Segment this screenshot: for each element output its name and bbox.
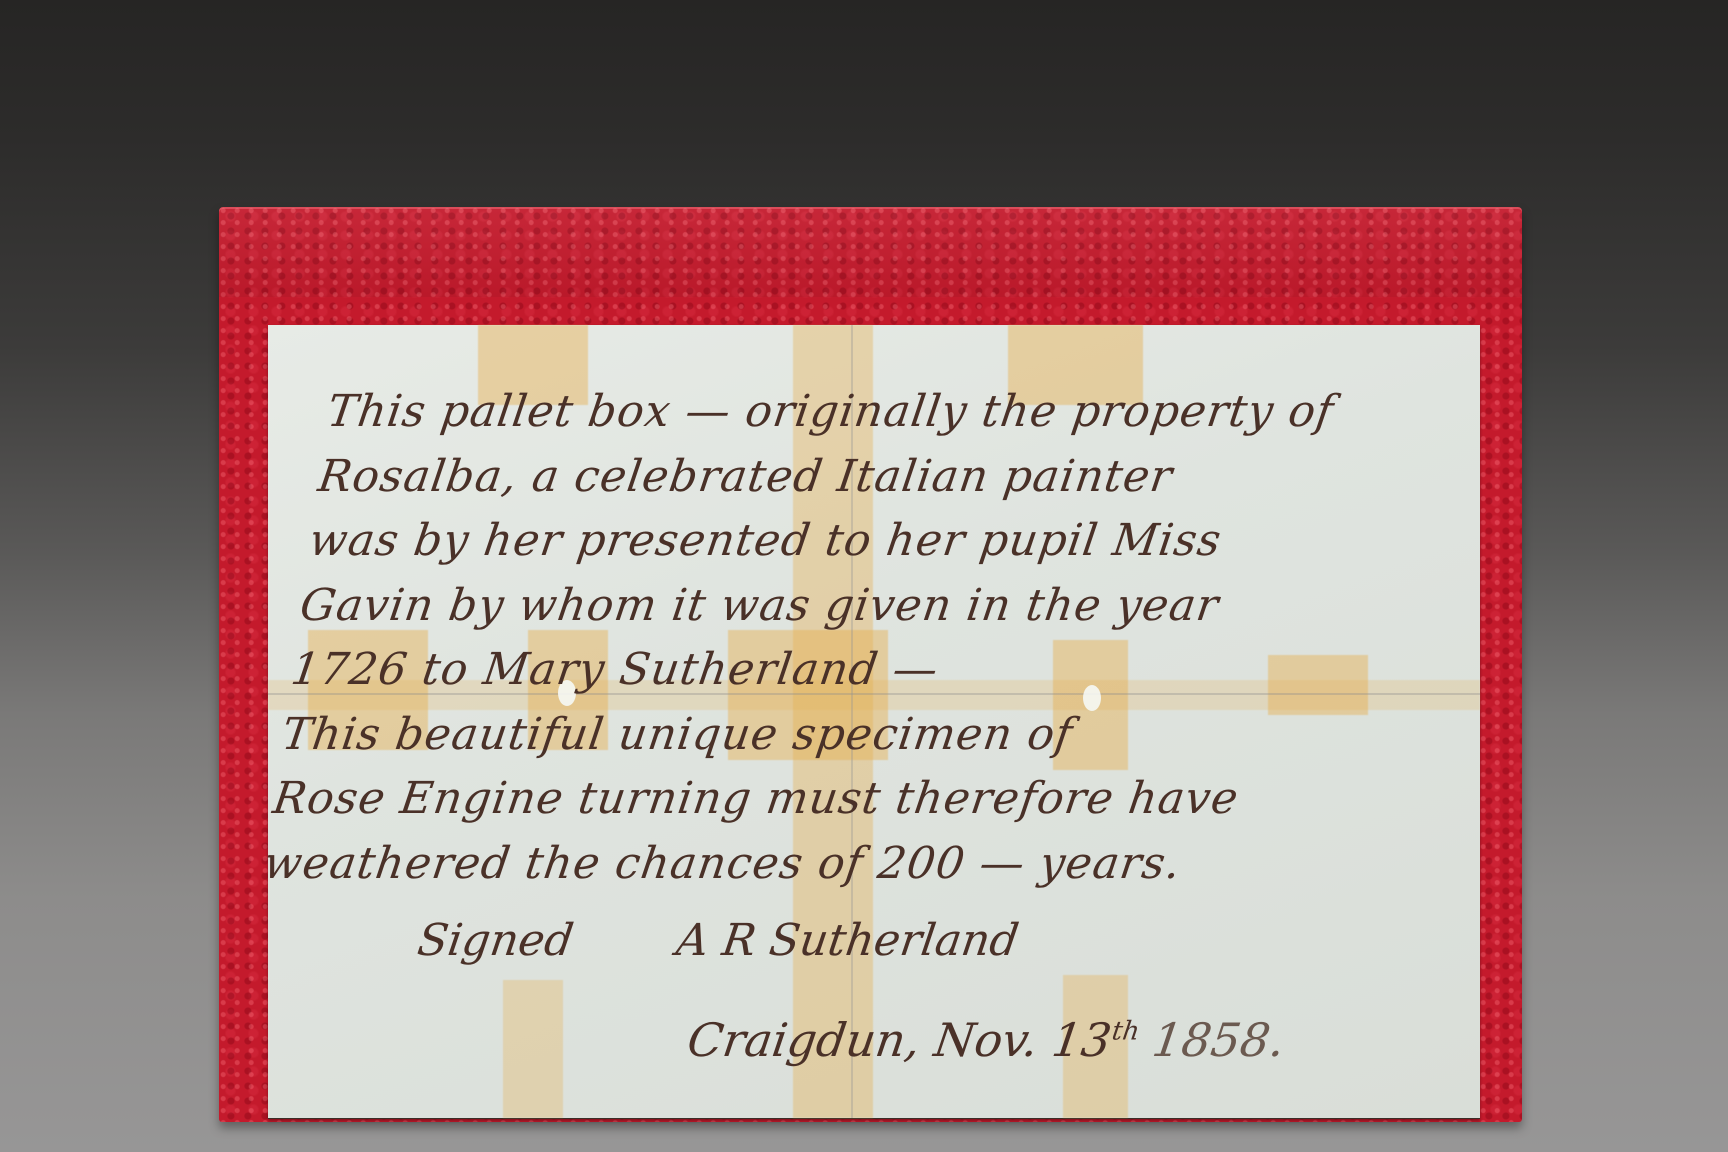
note-body: This pallet box — originally the propert… — [260, 380, 1497, 896]
note-line: Rose Engine turning must therefore have — [269, 767, 1442, 832]
note-line: Rosalba, a celebrated Italian painter — [314, 445, 1487, 510]
signature: A R Sutherland — [673, 915, 1021, 966]
note-line: This beautiful unique specimen of — [278, 703, 1451, 768]
signed-label: Signed — [414, 915, 576, 966]
folder-flap-highlight — [219, 207, 1522, 297]
date-day: 13 — [1049, 1013, 1115, 1067]
note-line: was by her presented to her pupil Miss — [305, 509, 1478, 574]
place: Craigdun, — [684, 1013, 924, 1067]
note-line: weathered the chances of 200 — years. — [260, 832, 1433, 897]
note-line: This pallet box — originally the propert… — [323, 380, 1496, 445]
date-suffix: th — [1110, 1017, 1141, 1047]
place-date-line: Craigdun, Nov. 13th 1858. — [684, 1013, 1288, 1067]
signature-line: Signed A R Sutherland — [414, 915, 1021, 966]
tape-stain — [503, 980, 563, 1118]
photo-scene: This pallet box — originally the propert… — [0, 0, 1728, 1152]
note-line: Gavin by whom it was given in the year — [296, 574, 1469, 639]
handwritten-note: This pallet box — originally the propert… — [268, 325, 1480, 1119]
date-year: 1858. — [1149, 1013, 1288, 1067]
date-month: Nov. — [931, 1013, 1042, 1067]
note-line: 1726 to Mary Sutherland — — [287, 638, 1460, 703]
